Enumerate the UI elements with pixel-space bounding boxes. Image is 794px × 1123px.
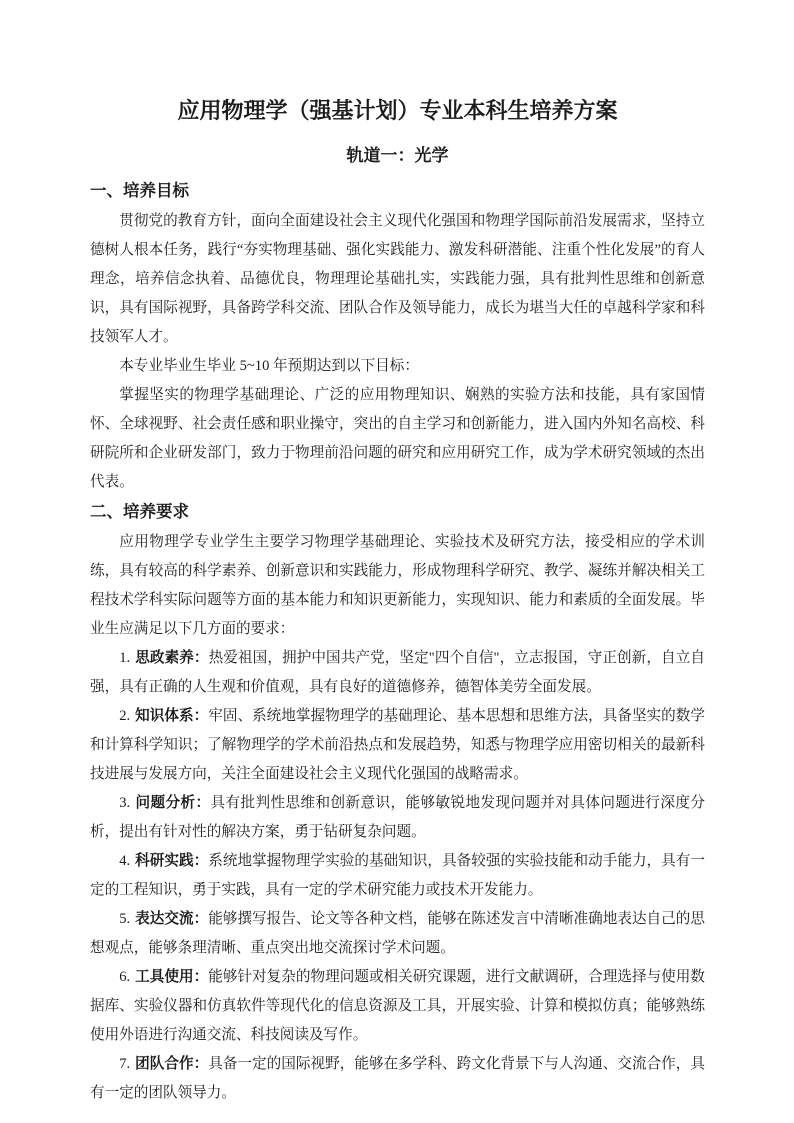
requirement-item-6: 6.工具使用：能够针对复杂的物理问题或相关研究课题，进行文献调研，合理选择与使用…	[90, 963, 705, 1050]
item-label: 团队合作：	[135, 1056, 208, 1072]
item-number: 3.	[119, 795, 130, 811]
requirement-item-3: 3.问题分析：具有批判性思维和创新意识，能够敏锐地发现问题并对具体问题进行深度分…	[90, 789, 705, 847]
requirement-item-7: 7.团队合作：具备一定的国际视野，能够在多学科、跨文化背景下与人沟通、交流合作，…	[90, 1050, 705, 1108]
goals-paragraph-2: 本专业毕业生毕业 5~10 年预期达到以下目标：	[90, 352, 705, 381]
requirement-item-2: 2.知识体系：牢固、系统地掌握物理学的基础理论、基本思想和思维方法，具备坚实的数…	[90, 702, 705, 789]
item-label: 问题分析：	[135, 795, 210, 811]
item-number: 7.	[119, 1056, 130, 1072]
item-number: 6.	[119, 969, 130, 985]
goals-paragraph-3: 掌握坚实的物理学基础理论、广泛的应用物理知识、娴熟的实验方法和技能，具有家国情怀…	[90, 381, 705, 497]
item-label: 知识体系：	[135, 708, 208, 724]
document-title: 应用物理学（强基计划）专业本科生培养方案	[90, 96, 705, 126]
document-page: 应用物理学（强基计划）专业本科生培养方案 轨道一：光学 一、培养目标 贯彻党的教…	[0, 0, 794, 1123]
requirement-item-4: 4.科研实践：系统地掌握物理学实验的基础知识，具备较强的实验技能和动手能力，具有…	[90, 847, 705, 905]
item-label: 表达交流：	[135, 911, 208, 927]
item-number: 5.	[119, 911, 130, 927]
item-label: 思政素养：	[135, 650, 208, 666]
requirement-item-1: 1.思政素养：热爱祖国，拥护中国共产党，坚定"四个自信"，立志报国，守正创新，自…	[90, 644, 705, 702]
item-number: 4.	[119, 853, 130, 869]
item-number: 2.	[119, 708, 130, 724]
requirements-section-heading: 二、培养要求	[90, 499, 705, 526]
goals-paragraph-1: 贯彻党的教育方针，面向全面建设社会主义现代化强国和物理学国际前沿发展需求，坚持立…	[90, 207, 705, 352]
item-number: 1.	[119, 650, 130, 666]
item-label: 工具使用：	[135, 969, 208, 985]
requirement-item-5: 5.表达交流：能够撰写报告、论文等各种文档，能够在陈述发言中清晰准确地表达自己的…	[90, 905, 705, 963]
requirements-intro-paragraph: 应用物理学专业学生主要学习物理学基础理论、实验技术及研究方法，接受相应的学术训练…	[90, 528, 705, 644]
track-subtitle: 轨道一：光学	[90, 143, 705, 169]
item-label: 科研实践：	[135, 853, 208, 869]
goals-section-heading: 一、培养目标	[90, 178, 705, 205]
